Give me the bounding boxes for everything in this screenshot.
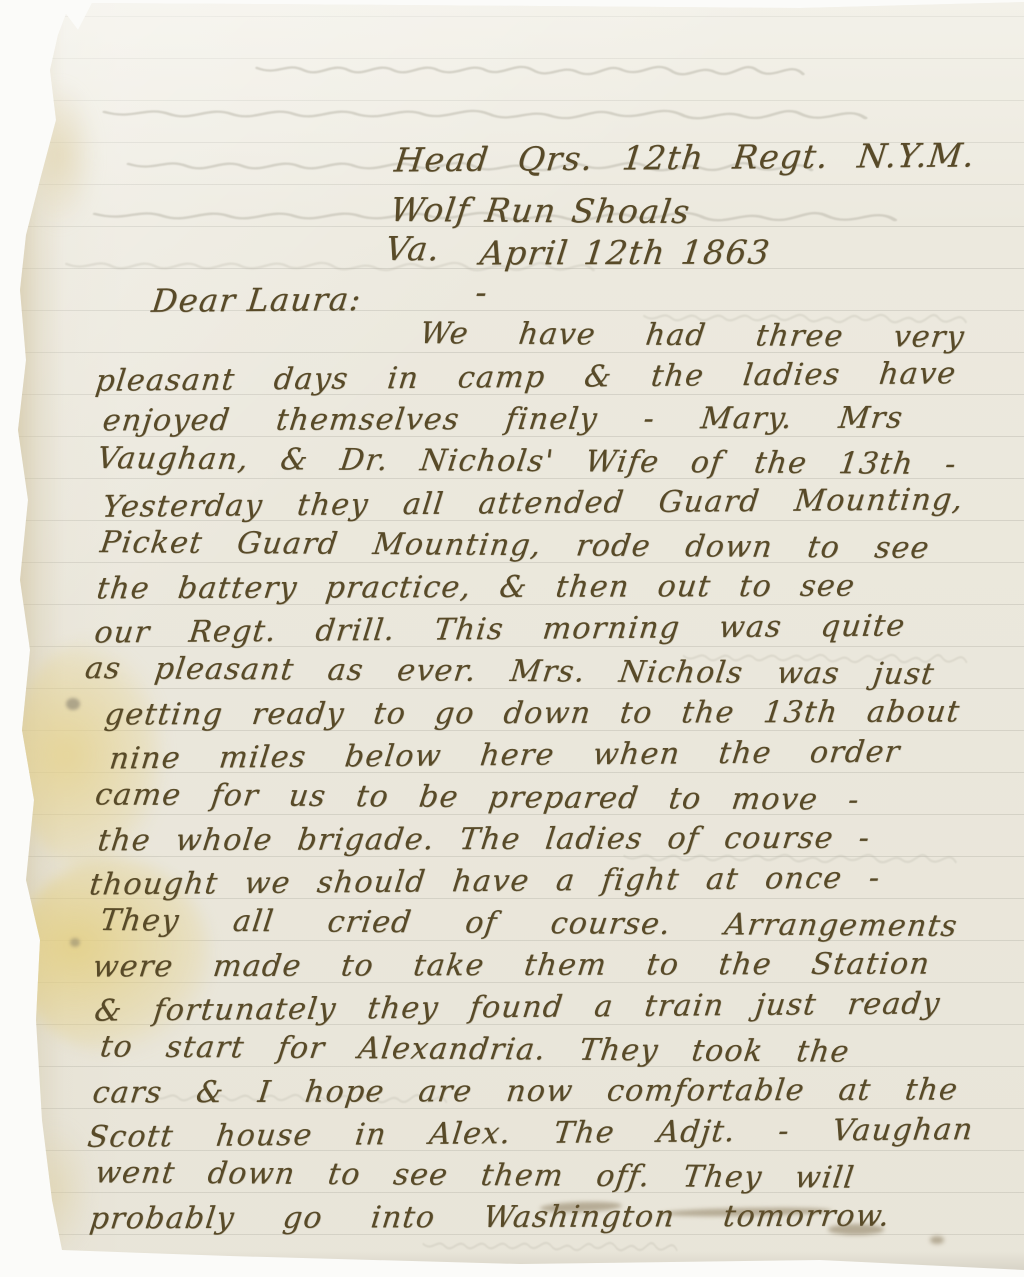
body-line: were made to take them to the Station [91, 947, 933, 985]
body-line: went down to see them off. They will [93, 1155, 857, 1195]
body-line: They all cried of course. Arrangements [98, 903, 960, 944]
body-line: cars & I hope are now comfortable at the [91, 1072, 961, 1110]
heading-line-1: Head Qrs. 12th Regt. N.Y.M. [392, 135, 977, 179]
letter-page: Head Qrs. 12th Regt. N.Y.M. Wolf Run Sho… [0, 0, 1024, 1277]
body-line: came for us to be prepared to move - [93, 777, 862, 817]
letter-scan: Head Qrs. 12th Regt. N.Y.M. Wolf Run Sho… [0, 0, 1024, 1277]
body-line: as pleasant as ever. Mrs. Nichols was ju… [83, 651, 937, 692]
body-line: We have had three very [418, 316, 967, 355]
body-line: Picket Guard Mounting, rode down to see [98, 525, 932, 566]
bleed-through-writing [95, 96, 875, 136]
water-stain [18, 1120, 93, 1260]
body-line: thought we should have a fight at once - [88, 861, 883, 903]
ink-smudge [828, 1224, 884, 1235]
body-line: Yesterday they all attended Guard Mounti… [101, 482, 966, 525]
body-line: probably go into Washington tomorrow. [88, 1199, 893, 1237]
bleed-through-writing [250, 52, 810, 92]
ink-smudge [930, 1236, 944, 1244]
body-line: pleasant days in camp & the ladies have [94, 356, 959, 399]
heading-line-3: April 12th 1863 - [473, 232, 772, 311]
body-line: Scott house in Alex. The Adjt. - Vaughan [86, 1112, 976, 1155]
body-line: to start for Alexandria. They took the [98, 1029, 852, 1069]
paper-fleck [66, 698, 80, 710]
body-line: enjoyed themselves finely - Mary. Mrs [101, 401, 906, 439]
body-line: & fortunately they found a train just re… [93, 986, 943, 1028]
body-line: the battery practice, & then out to see [95, 569, 857, 607]
paper-fleck [70, 938, 80, 947]
body-line: nine miles below here when the order [108, 735, 903, 777]
body-line: the whole brigade. The ladies of course … [96, 821, 873, 859]
body-line: Vaughan, & Dr. Nichols' Wife of the 13th… [95, 441, 959, 482]
body-line: getting ready to go down to the 13th abo… [103, 695, 963, 733]
bottom-edge-shadow [0, 1251, 1024, 1277]
water-stain [22, 80, 97, 230]
scan-background: { "letter": { "heading": { "line1": "Hea… [0, 0, 1024, 1277]
salutation: Dear Laura: [150, 280, 364, 320]
body-line: our Regt. drill. This morning was quite [93, 608, 908, 650]
